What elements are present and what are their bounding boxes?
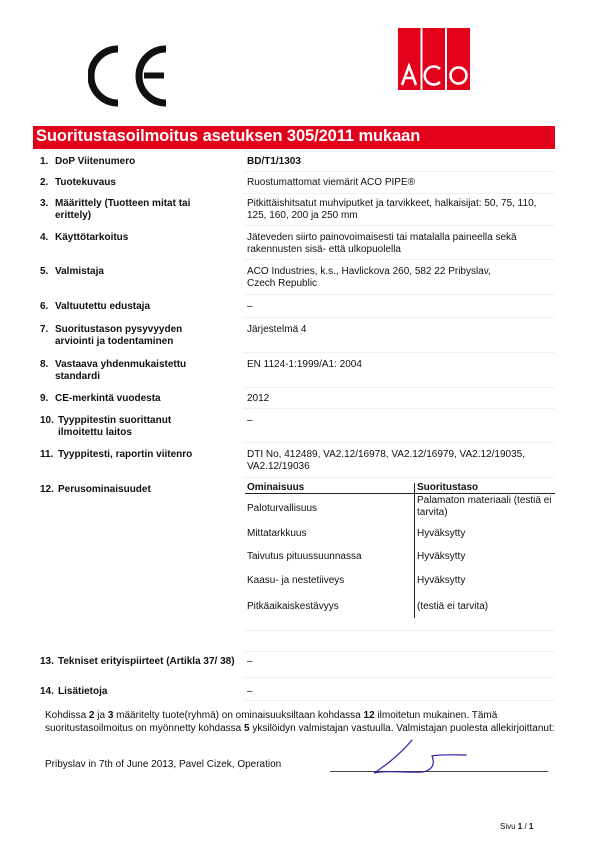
row-separator — [243, 387, 555, 388]
subtable-cell-property: Mittatarkkuus — [247, 528, 306, 540]
item-label-14: 14.Lisätietoja — [40, 686, 240, 698]
item-value-13: – — [247, 656, 567, 668]
row-separator — [243, 317, 555, 318]
subtable-cell-performance: Hyväksytty — [417, 528, 465, 540]
item-value-4: Jäteveden siirto painovoimaisesti tai ma… — [247, 232, 547, 256]
row-separator — [243, 171, 555, 172]
row-separator — [243, 442, 555, 443]
item-label-3: 3.Määrittely (Tuotteen mitat tai erittel… — [40, 198, 220, 222]
row-separator — [243, 700, 555, 701]
item-value-8: EN 1124-1:1999/A1: 2004 — [247, 359, 567, 371]
row-separator — [243, 259, 555, 260]
subtable-cell-performance: (testiä ei tarvita) — [417, 601, 488, 613]
item-label-13: 13.Tekniset erityispiirteet (Artikla 37/… — [40, 656, 240, 668]
title-bar: Suoritustasoilmoitus asetuksen 305/2011 … — [33, 126, 555, 149]
item-label-5: 5.Valmistaja — [40, 266, 240, 278]
row-separator — [243, 193, 555, 194]
subtable-cell-performance: Palamaton materiaali (testiä ei tarvita) — [417, 495, 557, 519]
item-value-5: ACO Industries, k.s., Havlickova 260, 58… — [247, 266, 507, 290]
row-separator — [243, 408, 555, 409]
subtable-cell-property: Kaasu- ja nestetiiveys — [247, 575, 344, 587]
row-separator — [243, 352, 555, 353]
item-value-9: 2012 — [247, 393, 567, 405]
item-label-7: 7.Suoritustason pysyvyyden arviointi ja … — [40, 324, 205, 348]
subtable-cell-property: Taivutus pituussuunnassa — [247, 551, 362, 563]
row-separator — [243, 651, 555, 652]
subtable-cell-property: Pitkäaikaiskestävyys — [247, 601, 339, 613]
item-value-7: Järjestelmä 4 — [247, 324, 567, 336]
item-label-10: 10.Tyyppitestin suorittanut ilmoitettu l… — [40, 415, 190, 439]
item-value-14: – — [247, 686, 567, 698]
row-separator — [243, 677, 555, 678]
subtable-cell-property: Paloturvallisuus — [247, 503, 317, 515]
item-value-6: – — [247, 301, 567, 313]
row-separator — [243, 630, 555, 631]
subtable-divider — [414, 483, 415, 618]
subtable-header-property: Ominaisuus — [247, 482, 304, 494]
item-label-12: 12.Perusominaisuudet — [40, 484, 240, 496]
item-value-2: Ruostumattomat viemärit ACO PIPE® — [247, 177, 567, 189]
item-label-1: 1.DoP Viitenumero — [40, 156, 240, 168]
item-label-8: 8.Vastaava yhdenmukaistettu standardi — [40, 359, 205, 383]
item-label-4: 4.Käyttötarkoitus — [40, 232, 240, 244]
item-value-10: – — [247, 415, 567, 427]
row-separator — [243, 294, 555, 295]
signature-caption: Pribyslav in 7th of June 2013, Pavel Ciz… — [45, 759, 281, 770]
item-label-9: 9.CE-merkintä vuodesta — [40, 393, 240, 405]
item-label-6: 6.Valtuutettu edustaja — [40, 301, 240, 313]
document-title: Suoritustasoilmoitus asetuksen 305/2011 … — [36, 127, 420, 146]
item-label-11: 11.Tyyppitesti, raportin viitenro — [40, 449, 245, 461]
row-separator — [243, 151, 555, 152]
signature-image — [370, 738, 480, 774]
closing-statement: Kohdissa 2 ja 3 määritelty tuote(ryhmä) … — [45, 710, 555, 735]
row-separator — [243, 477, 555, 478]
ce-mark-logo — [88, 45, 172, 107]
row-separator — [243, 225, 555, 226]
item-value-1: BD/T1/1303 — [247, 156, 567, 168]
item-value-3: Pitkittäishitsatut muhviputket ja tarvik… — [247, 198, 547, 222]
subtable-cell-performance: Hyväksytty — [417, 551, 465, 563]
subtable-cell-performance: Hyväksytty — [417, 575, 465, 587]
aco-logo — [398, 28, 470, 90]
subtable-header-performance: Suoritustaso — [417, 482, 478, 494]
item-label-2: 2.Tuotekuvaus — [40, 177, 240, 189]
page-number: Sivu 1 / 1 — [500, 822, 533, 831]
item-value-11: DTI No, 412489, VA2.12/16978, VA2.12/169… — [247, 449, 559, 473]
